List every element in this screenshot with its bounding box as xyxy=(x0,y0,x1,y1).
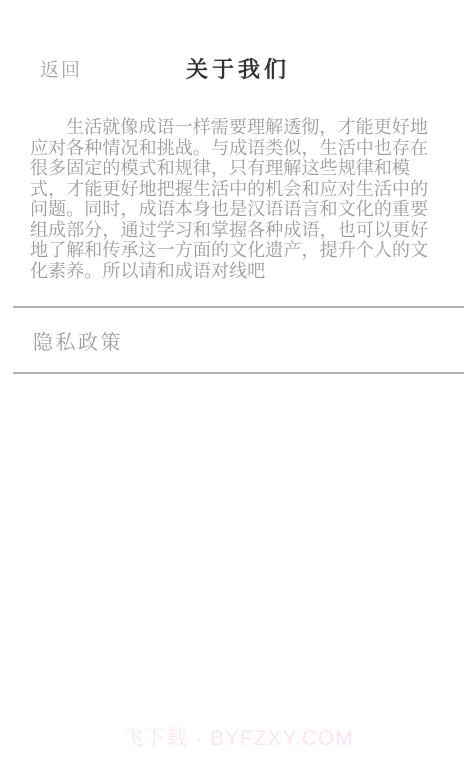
privacy-policy-row[interactable]: 隐私政策 xyxy=(13,306,464,374)
watermark-text: 飞下载 · BYFZXY.COM xyxy=(0,722,476,752)
page-title: 关于我们 xyxy=(0,53,476,84)
nav-header: 返回 关于我们 xyxy=(0,0,476,96)
privacy-policy-label: 隐私政策 xyxy=(33,326,123,355)
about-screen: 返回 关于我们 生活就像成语一样需要理解透彻，才能更好地应对各种情况和挑战。与成… xyxy=(0,0,476,760)
about-description-text: 生活就像成语一样需要理解透彻，才能更好地应对各种情况和挑战。与成语类似，生活中也… xyxy=(30,117,446,281)
